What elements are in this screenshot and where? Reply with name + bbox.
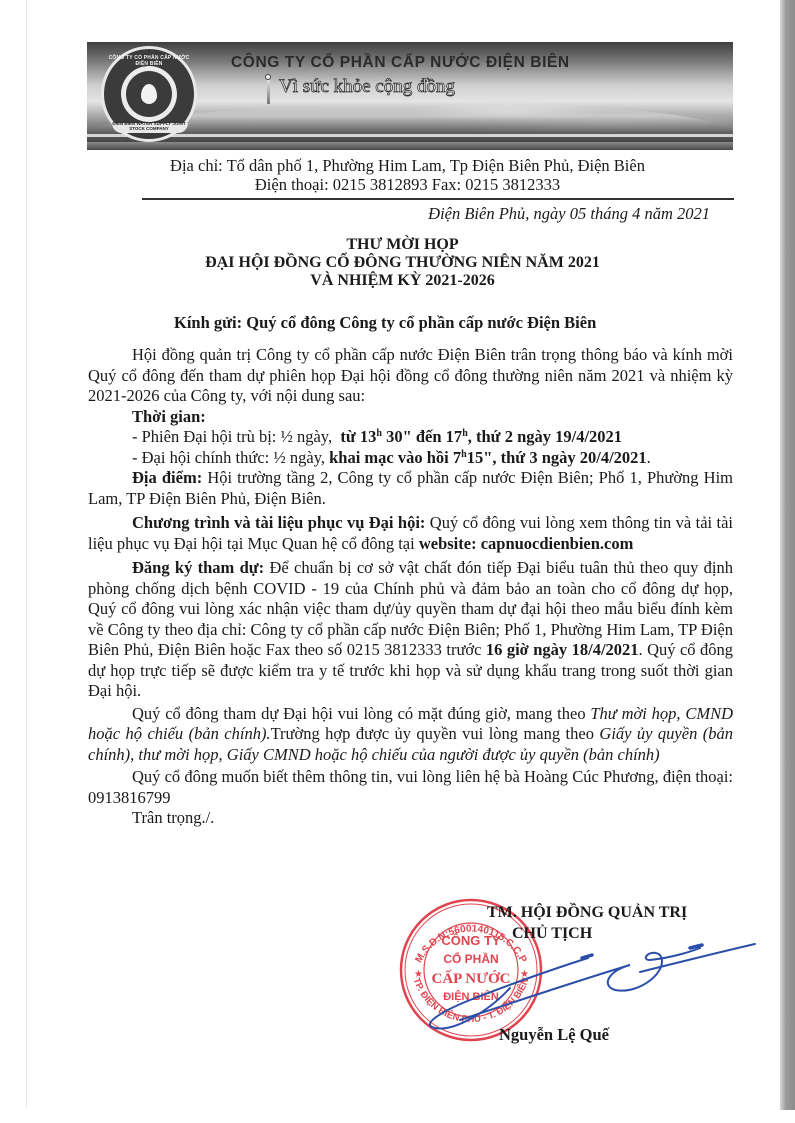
program-heading: Chương trình và tài liệu phục vụ Đại hội…: [132, 513, 425, 532]
document-title: THƯ MỜI HỌP: [5, 236, 795, 254]
official-session-line: - Đại hội chính thức: ½ ngày, khai mạc v…: [88, 448, 733, 469]
document-date: Điện Biên Phủ, ngày 05 tháng 4 năm 2021: [428, 204, 710, 224]
page-bottom-margin: [0, 1110, 795, 1123]
location-heading: Địa điểm:: [132, 468, 202, 487]
contact-person-paragraph: Quý cổ đông muốn biết thêm thông tin, vu…: [88, 767, 733, 808]
letter-body: Hội đồng quản trị Công ty cổ phần cấp nư…: [88, 345, 733, 829]
handwritten-signature-icon: [400, 900, 780, 1040]
time-heading: Thời gian:: [88, 407, 733, 428]
document-subtitle: ĐẠI HỘI ĐỒNG CỔ ĐÔNG THƯỜNG NIÊN NĂM 202…: [5, 254, 795, 272]
registration-deadline: 16 giờ ngày 18/4/2021: [486, 640, 639, 659]
registration-heading: Đăng ký tham dự:: [132, 558, 264, 577]
company-slogan: Vì sức khỏe cộng đồng: [279, 76, 455, 98]
attendance-paragraph: Quý cổ đông tham dự Đại hội vui lòng có …: [88, 704, 733, 766]
intro-paragraph: Hội đồng quản trị Công ty cổ phần cấp nư…: [88, 345, 733, 407]
registration-paragraph: Đăng ký tham dự: Để chuẩn bị cơ sở vật c…: [88, 558, 733, 702]
header-divider: [142, 198, 734, 200]
water-drop-pin-icon: [265, 74, 271, 106]
company-address: Địa chỉ: Tổ dân phố 1, Phường Him Lam, T…: [10, 156, 795, 175]
prep-session-line: - Phiên Đại hội trù bị: ½ ngày, từ 13h 3…: [88, 427, 733, 448]
program-paragraph: Chương trình và tài liệu phục vụ Đại hội…: [88, 513, 733, 554]
logo-ring-text-english: DIEN BIEN WATER SUPPLY JOINT STOCK COMPA…: [104, 121, 194, 131]
water-drop-logo-icon: CÔNG TY CỔ PHẦN CẤP NƯỚC ĐIỆN BIÊN DIEN …: [101, 46, 197, 142]
location-paragraph: Địa điểm: Hội trường tầng 2, Công ty cổ …: [88, 468, 733, 509]
letterhead-banner: CÔNG TY CỔ PHẦN CẤP NƯỚC ĐIỆN BIÊN DIEN …: [87, 42, 733, 150]
company-name: CÔNG TY CỔ PHẦN CẤP NƯỚC ĐIỆN BIÊN: [231, 54, 570, 72]
website-link[interactable]: website: capnuocdienbien.com: [419, 534, 634, 553]
company-phone-fax: Điện thoại: 0215 3812893 Fax: 0215 38123…: [10, 175, 795, 194]
signatory-name: Nguyễn Lệ Quế: [499, 1025, 609, 1045]
greeting: Kính gửi: Quý cổ đông Công ty cổ phần cấ…: [174, 313, 596, 333]
document-subtitle-term: VÀ NHIỆM KỲ 2021-2026: [5, 272, 795, 290]
logo-ring-text: CÔNG TY CỔ PHẦN CẤP NƯỚC ĐIỆN BIÊN: [104, 55, 194, 67]
drop-icon: [141, 84, 157, 104]
closing: Trân trọng./.: [88, 808, 733, 829]
